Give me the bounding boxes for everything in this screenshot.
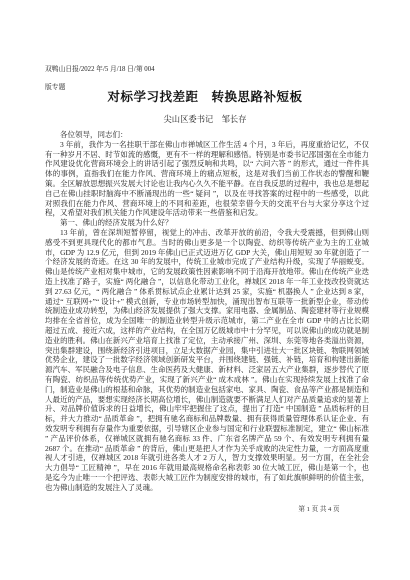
salutation: 各位领导，同志们： [45,130,369,140]
section-heading-1: 第一、佛山的经济发展为什么好？ [45,218,369,228]
paragraph-section-1: 13 年前，曾在深圳短暂停留，视觉上的冲击、改革开放的前沿，令我大受震撼，但到佛… [45,228,369,493]
article-byline: 尖山区委书记 邹长存 [0,113,410,125]
article-title: 对标学习找差距 转换思路补短板 [0,87,410,105]
page-number: 第 1 页 共 4 页 [259,503,379,513]
document-page: 双鸭山日报/2022 年/5 月/18 日/第 004 版专题 对标学习找差距 … [0,0,410,580]
masthead-source-line: 双鸭山日报/2022 年/5 月/18 日/第 004 [45,65,155,74]
paragraph-intro: 3 年前，我作为一名挂职干部在佛山市禅城区工作生活 4 个月，3 年后，再度重拾… [45,140,369,218]
article-body: 各位领导，同志们： 3 年前，我作为一名挂职干部在佛山市禅城区工作生活 4 个月… [45,130,369,492]
